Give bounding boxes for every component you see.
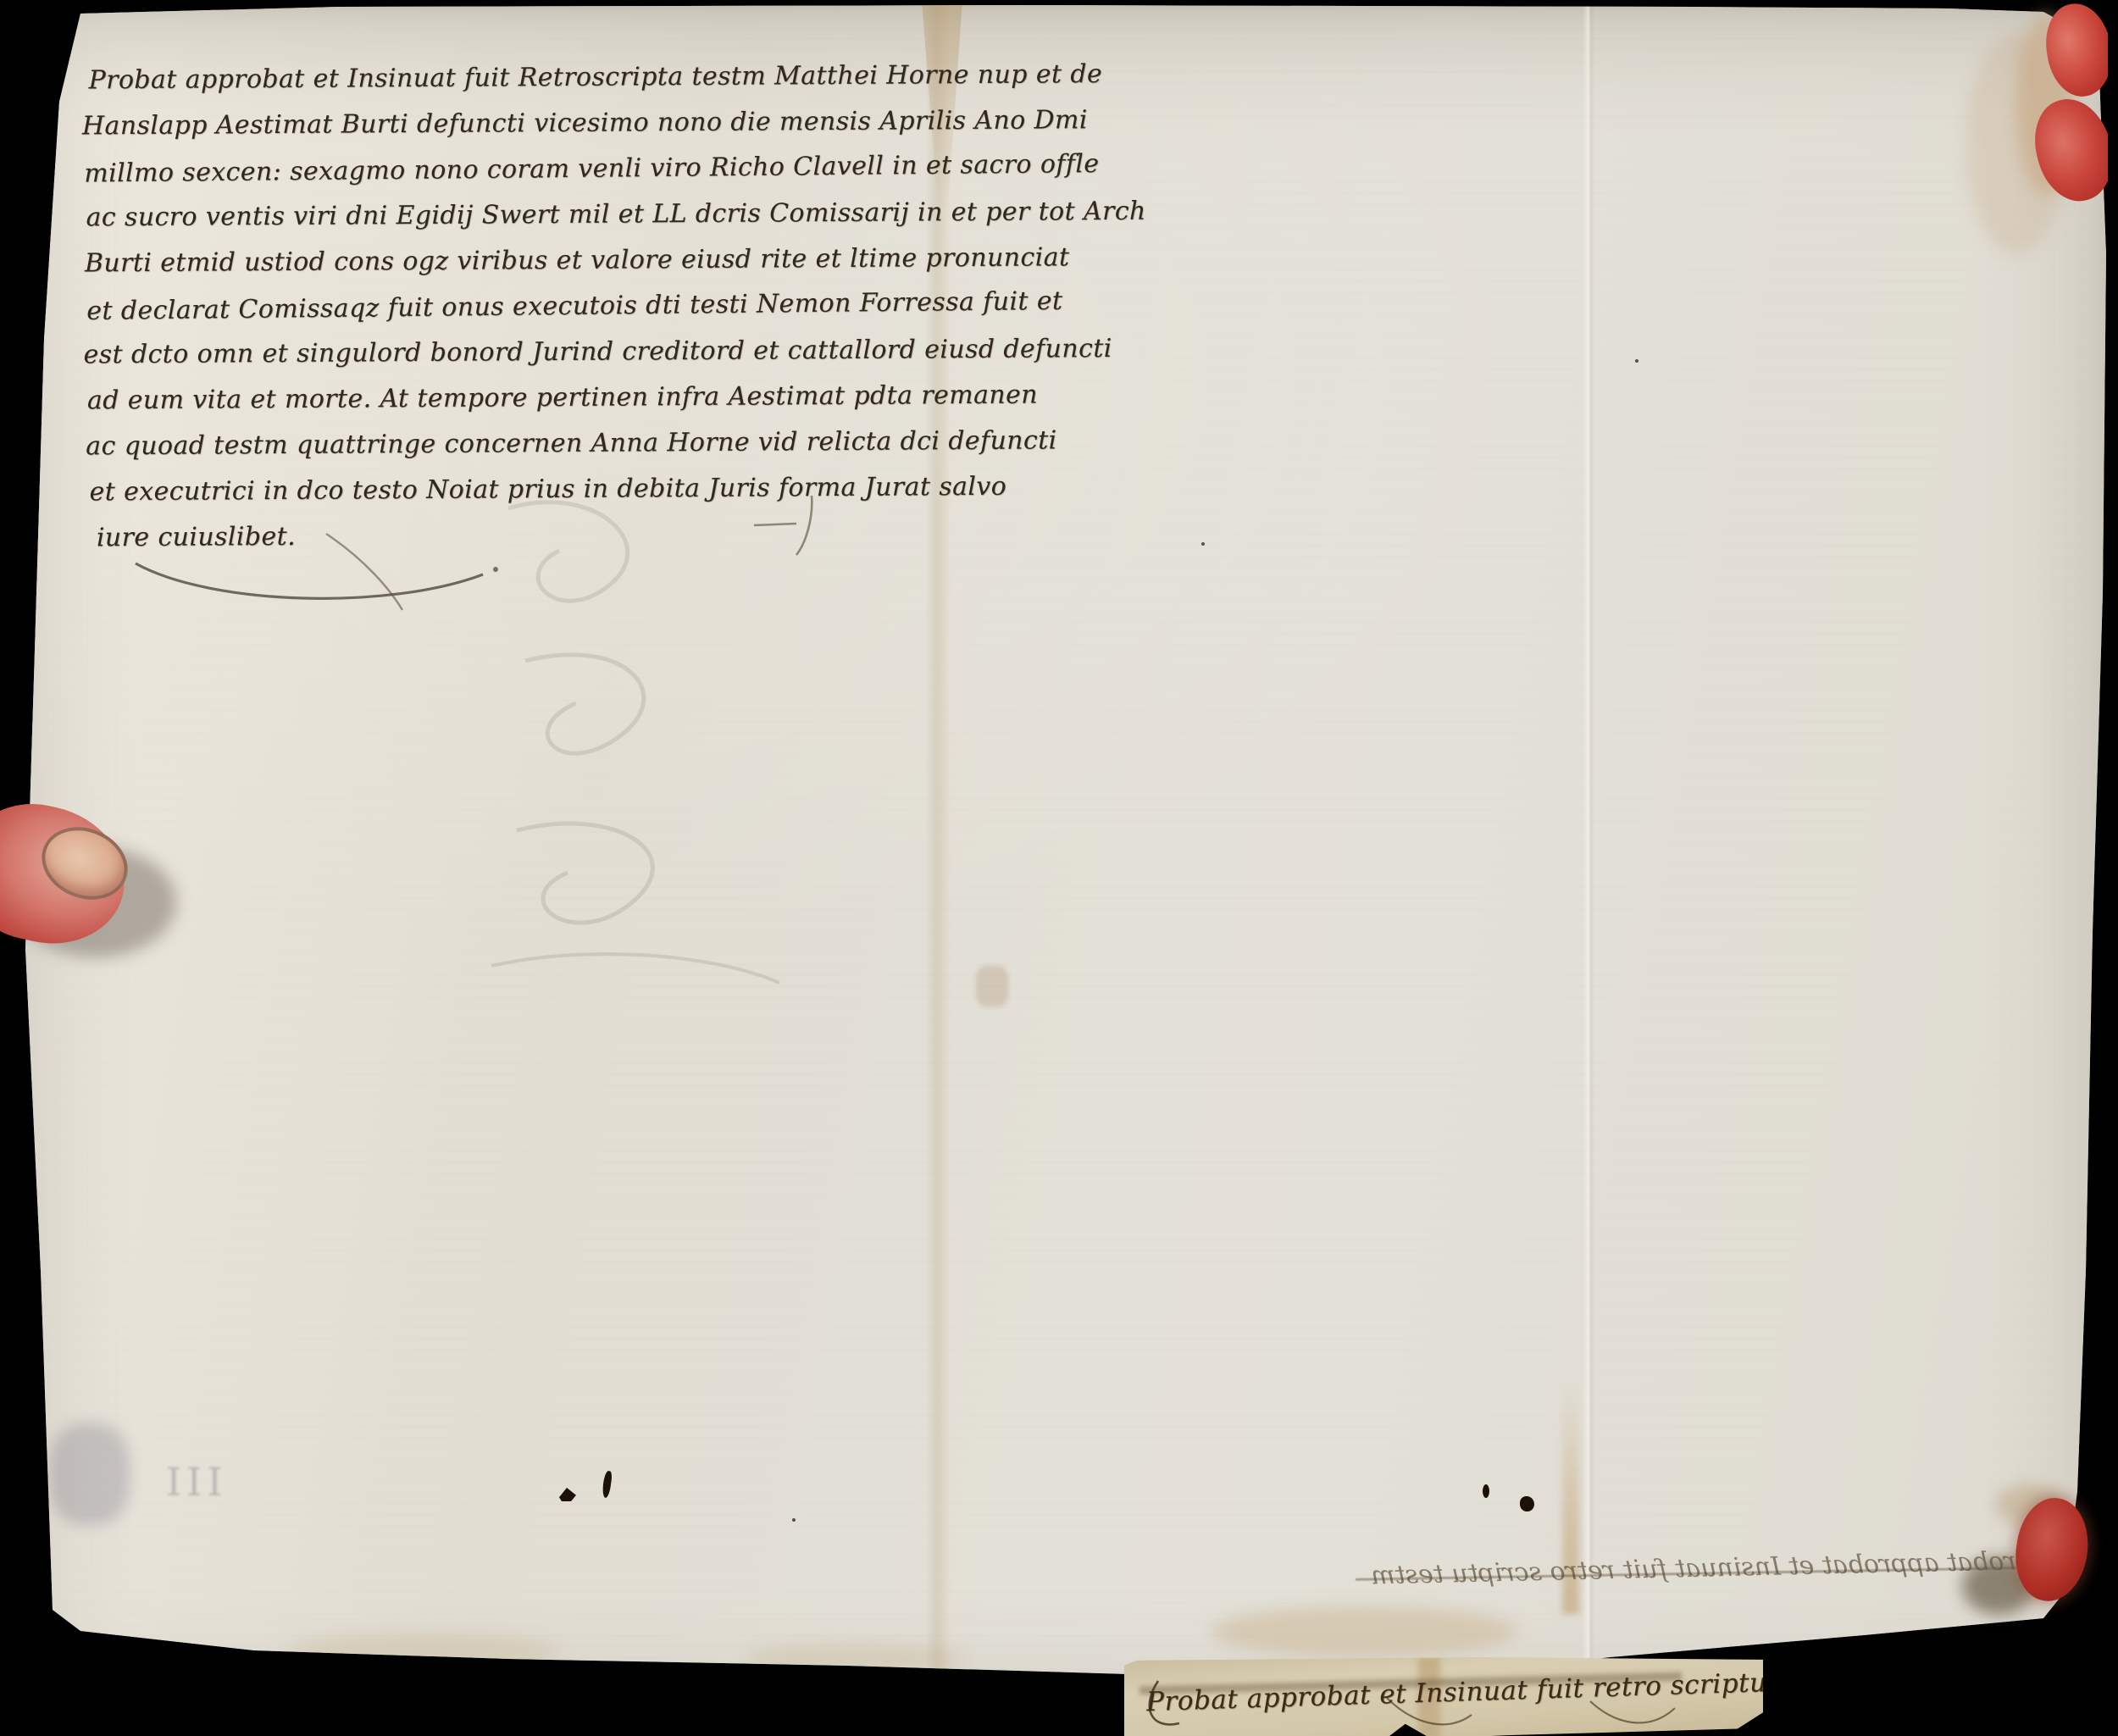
vertical-fold-crease-right: [1583, 0, 1594, 1736]
paper-speck: [792, 1518, 796, 1522]
ink-offset-ghost-swirls: [457, 474, 813, 1000]
strip-flourishes: [1133, 1664, 1751, 1735]
paper-speck: [1635, 359, 1638, 363]
photograph-of-manuscript: Probat approbat et Insinuat fuit Retrosc…: [0, 0, 2118, 1736]
manuscript-line: ac quoad testm quattringe concernen Anna…: [86, 425, 1057, 461]
paper-speck: [1201, 542, 1205, 546]
manuscript-line: est dcto omn et singulord bonord Jurind …: [83, 334, 1112, 369]
wormhole: [1520, 1496, 1534, 1511]
photo-edge: [2108, 0, 2118, 1736]
edge-stain: [288, 1633, 559, 1669]
wormhole: [1483, 1484, 1489, 1498]
edge-stain: [1211, 1606, 1516, 1657]
manuscript-line: ad eum vita et morte. At tempore pertine…: [87, 380, 1038, 416]
brown-stain: [976, 966, 1008, 1007]
collection-number-mark: III: [166, 1459, 228, 1505]
manuscript-line: Probat approbat et Insinuat fuit Retrosc…: [88, 59, 1102, 95]
manuscript-line: Hanslapp Aestimat Burti defuncti vicesim…: [82, 105, 1088, 141]
detail-crop-strip: Probat approbat et Insinuat fuit retro s…: [1124, 1657, 1763, 1736]
manuscript-page: Probat approbat et Insinuat fuit Retrosc…: [0, 0, 2118, 1736]
edge-stain: [746, 1644, 966, 1672]
ink-smudge: [49, 1423, 130, 1525]
manuscript-line: Burti etmid ustiod cons ogz viribus et v…: [85, 242, 1070, 278]
